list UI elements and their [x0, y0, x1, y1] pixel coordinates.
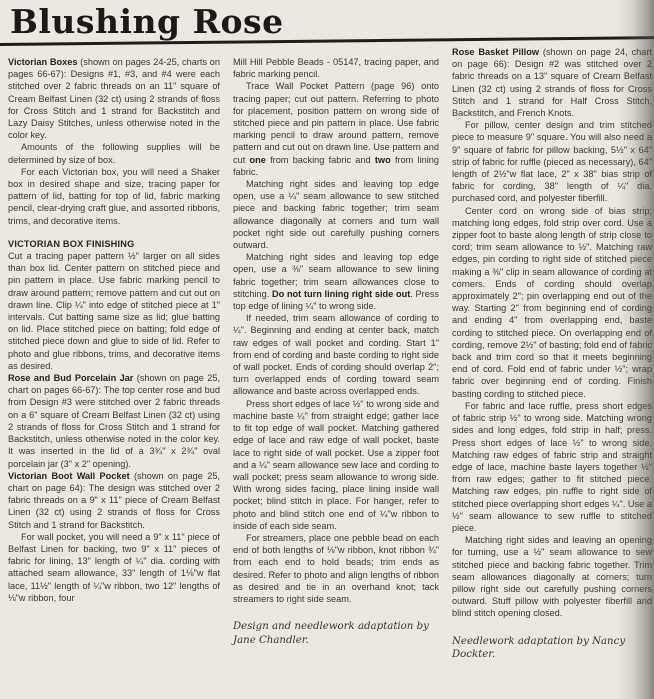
text-columns: Victorian Boxes (shown on pages 24-25, c… [8, 56, 652, 662]
designer-credit-nancy-dockter: Needlework adaptation by Nancy Dockter. [452, 635, 652, 662]
paragraph: Press short edges of lace ½" to wrong si… [233, 398, 439, 532]
designer-credit-jane-chandler: Design and needlework adaptation by Jane… [233, 620, 439, 647]
paragraph-rose-basket-pillow: Rose Basket Pillow (shown on page 24, ch… [452, 46, 652, 119]
paragraph: For pillow, center design and trim stitc… [452, 119, 652, 204]
paragraph: Mill Hill Pebble Beads - 05147, tracing … [233, 56, 439, 80]
paragraph: Cut a tracing paper pattern ½" larger on… [8, 250, 220, 372]
paragraph: Center cord on wrong side of bias strip;… [452, 205, 652, 400]
paragraph: Matching right sides and leaving top edg… [233, 251, 439, 312]
paragraph-rose-and-bud-porcelain-jar: Rose and Bud Porcelain Jar (shown on pag… [8, 372, 220, 470]
column-2: Mill Hill Pebble Beads - 05147, tracing … [233, 56, 439, 662]
column-3: Rose Basket Pillow (shown on page 24, ch… [452, 46, 652, 662]
section-heading-victorian-box-finishing: VICTORIAN BOX FINISHING [8, 238, 220, 250]
paragraph: Matching right sides and leaving an open… [452, 534, 652, 619]
column-1: Victorian Boxes (shown on pages 24-25, c… [8, 56, 220, 662]
paragraph: If needed, trim seam allowance of cordin… [233, 312, 439, 397]
page-title: Blushing Rose [10, 2, 284, 41]
paragraph: For wall pocket, you will need a 9" x 11… [8, 531, 220, 604]
paragraph: For fabric and lace ruffle, press short … [452, 400, 652, 534]
paragraph: Matching right sides and leaving top edg… [233, 178, 439, 251]
paragraph-victorian-boxes: Victorian Boxes (shown on pages 24-25, c… [8, 56, 220, 141]
paragraph: Amounts of the following supplies will b… [8, 141, 220, 165]
paragraph: For streamers, place one pebble bead on … [233, 532, 439, 605]
scanned-book-page: Blushing Rose Victorian Boxes (shown on … [0, 0, 654, 699]
paragraph: For each Victorian box, you will need a … [8, 166, 220, 227]
paragraph-victorian-boot-wall-pocket: Victorian Boot Wall Pocket (shown on pag… [8, 470, 220, 531]
paragraph: Trace Wall Pocket Pattern (page 96) onto… [233, 80, 439, 178]
